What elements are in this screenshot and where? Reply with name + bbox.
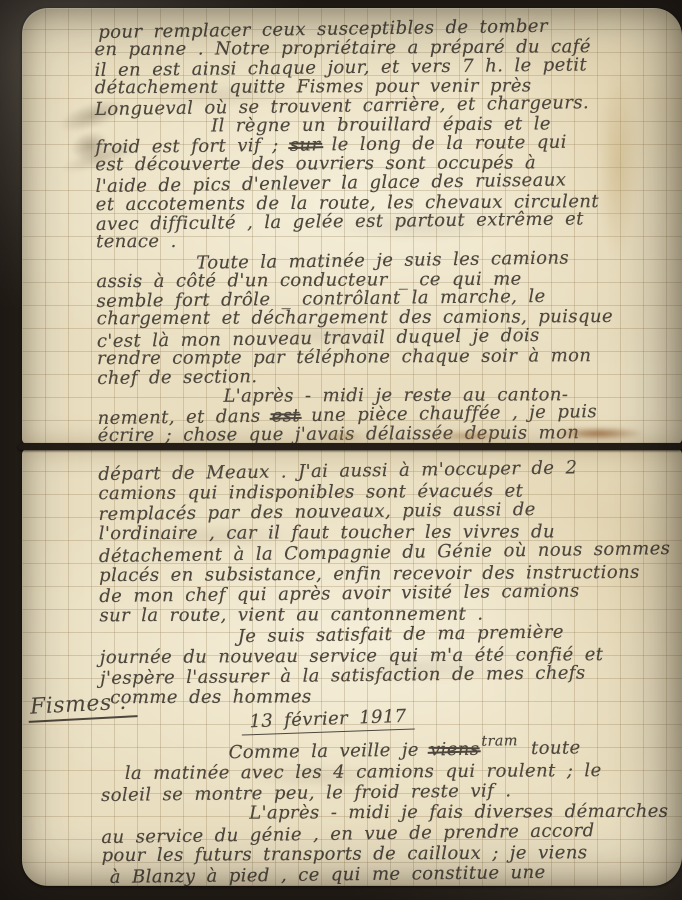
entry-date-row: 13 février 1917 — [100, 708, 556, 734]
notebook-page-bottom: Fismes . départ de Meaux . J'ai aussi à … — [22, 449, 682, 886]
entry-13-february: Comme la veille je vienstram toutela mat… — [101, 738, 678, 888]
page-seam — [18, 443, 682, 450]
struck-word: viens — [430, 738, 480, 760]
inserted-word: tram — [481, 733, 518, 750]
notebook-page-top: pour remplacer ceux susceptibles de tomb… — [22, 8, 682, 444]
diary-photo: { "document": { "kind": "handwritten war… — [0, 0, 682, 900]
entry-date: 13 février 1917 — [241, 707, 415, 736]
handwritten-line: comme des hommes — [100, 685, 676, 708]
handwriting-block-bottom: départ de Meaux . J'ai aussi à m'occuper… — [98, 458, 678, 887]
handwritten-line: à Blanzy à pied , ce qui me constitue un… — [102, 861, 678, 888]
handwriting-block-top: pour remplacer ceux susceptibles de tomb… — [94, 16, 678, 446]
entry-end-12-february: départ de Meaux . J'ai aussi à m'occuper… — [98, 458, 676, 709]
